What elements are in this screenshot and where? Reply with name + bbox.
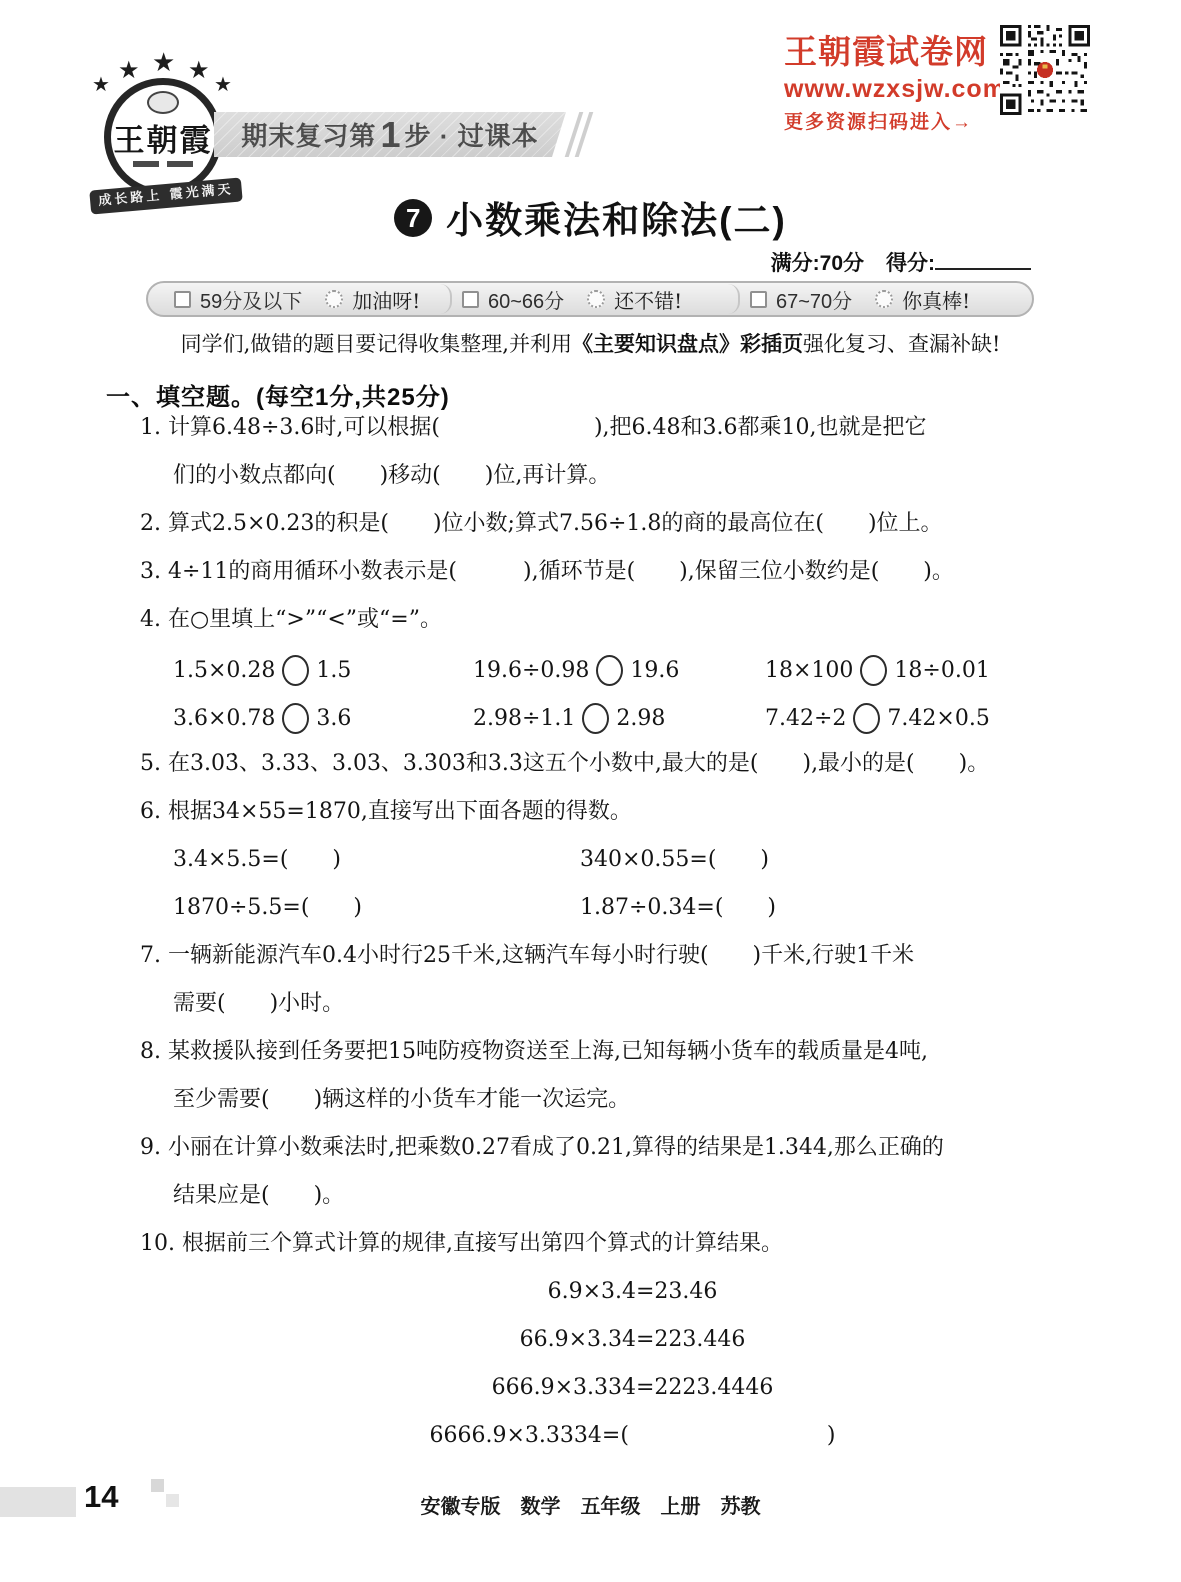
- page-title: 小数乘法和除法(二): [446, 200, 787, 241]
- question-10-head: 10. 根据前三个算式计算的规律,直接写出第四个算式的计算结果。: [140, 1230, 1125, 1258]
- question-8-line-2: 至少需要( )辆这样的小货车才能一次运完。: [140, 1086, 1125, 1114]
- notice-pre: 同学们,做错的题目要记得收集整理,并利用: [181, 332, 572, 356]
- compare-circle-blank: [860, 655, 887, 686]
- question-4-row-1: 1.5×0.281.5 19.6÷0.9819.6 18×10018÷0.01: [140, 654, 1125, 687]
- notice-post: 强化复习、查漏补缺!: [803, 332, 1000, 356]
- compare-circle-blank: [282, 703, 309, 734]
- question-4-head: 4. 在○里填上“>”“<”或“=”。: [140, 606, 1125, 634]
- brand-site-name: 王朝霞试卷网: [784, 26, 996, 73]
- equation-1: 6.9×3.4=23.46: [140, 1278, 1125, 1306]
- compare-item: 1.5×0.281.5: [173, 655, 473, 686]
- question-1-line-2: 们的小数点都向( )移动( )位,再计算。: [140, 462, 1125, 490]
- star-icon: ★: [118, 58, 140, 82]
- score-band-pill: 59分及以下 加油呀! 60~66分 还不错! 67~70分 你真棒!: [146, 281, 1034, 317]
- question-6-row-1: 3.4×5.5=( ) 340×0.55=( ): [140, 846, 1125, 874]
- question-6-row-2: 1870÷5.5=( ) 1.87÷0.34=( ): [140, 894, 1125, 922]
- compare-left: 1.5×0.28: [173, 658, 275, 683]
- compare-item: 19.6÷0.9819.6: [473, 655, 765, 686]
- score-row: 满分:70分得分:: [771, 247, 1031, 277]
- question-7-line-2: 需要( )小时。: [140, 990, 1125, 1018]
- score-label: 得分:: [886, 252, 935, 275]
- divider: [440, 284, 452, 314]
- compare-circle-blank: [282, 655, 309, 686]
- checkbox-low[interactable]: [174, 291, 191, 308]
- header-band: 期末复习第 1 步 · 过课本: [214, 112, 566, 157]
- expression: 340×0.55=( ): [580, 846, 769, 874]
- question-7-line-1: 7. 一辆新能源汽车0.4小时行25千米,这辆汽车每小时行驶( )千米,行驶1千…: [140, 942, 1125, 970]
- checkbox-mid[interactable]: [462, 291, 479, 308]
- praise-label: 你真棒!: [902, 285, 970, 314]
- question-5: 5. 在3.03̇、3.33、3.03、3.3̇03̇和3.3̇这五个小数中,最…: [140, 750, 1125, 778]
- compare-left: 3.6×0.78: [173, 706, 275, 731]
- brand-tagline: 更多资源扫码进入→: [784, 107, 996, 134]
- question-4-row-2: 3.6×0.783.6 2.98÷1.12.98 7.42÷27.42×0.5: [140, 702, 1125, 735]
- expression: 3.4×5.5=( ): [173, 846, 580, 874]
- brand-block: 王朝霞试卷网 www.wzxsjw.com 更多资源扫码进入→: [784, 26, 996, 134]
- equation-2: 66.9×3.34=223.446: [140, 1326, 1125, 1354]
- question-3: 3. 4÷11的商用循环小数表示是( ),循环节是( ),保留三位小数约是( )…: [140, 558, 1125, 586]
- band-step-number: 1: [380, 117, 400, 153]
- star-icon: ★: [188, 58, 210, 82]
- unit-number-badge: 7: [394, 199, 432, 237]
- compare-circle-blank: [582, 703, 609, 734]
- compare-item: 3.6×0.783.6: [173, 703, 473, 734]
- expression: 1.87÷0.34=( ): [580, 894, 776, 922]
- equation-4: 6666.9×3.3334=( ): [140, 1422, 1125, 1450]
- expression: 1870÷5.5=( ): [173, 894, 580, 922]
- brand-site-url: www.wzxsjw.com: [784, 75, 996, 104]
- question-2: 2. 算式2.5×0.23的积是( )位小数;算式7.56÷1.8的商的最高位在…: [140, 510, 1125, 538]
- compare-left: 2.98÷1.1: [473, 706, 575, 731]
- notice-line: 同学们,做错的题目要记得收集整理,并利用《主要知识盘点》彩插页强化复习、查漏补缺…: [0, 328, 1181, 358]
- compare-circle-blank: [596, 655, 623, 686]
- smiley-icon: [587, 290, 605, 308]
- question-8-line-1: 8. 某救援队接到任务要把15吨防疫物资送至上海,已知每辆小货车的载质量是4吨,: [140, 1038, 1125, 1066]
- compare-right: 18÷0.01: [894, 658, 989, 683]
- question-6-head: 6. 根据34×55=1870,直接写出下面各题的得数。: [140, 798, 1125, 826]
- score-band-mid: 60~66分 还不错!: [462, 285, 718, 314]
- section-heading: 一、填空题。(每空1分,共25分): [106, 377, 450, 412]
- portrait-icon: [147, 91, 179, 114]
- equation-3: 666.9×3.334=2223.4446: [140, 1374, 1125, 1402]
- smiley-icon: [875, 290, 893, 308]
- score-band-low: 59分及以下 加油呀!: [174, 285, 430, 314]
- compare-item: 7.42÷27.42×0.5: [765, 703, 990, 734]
- question-9-line-1: 9. 小丽在计算小数乘法时,把乘数0.27看成了0.21,算得的结果是1.344…: [140, 1134, 1125, 1162]
- praise-label: 加油呀!: [352, 285, 420, 314]
- question-1-line-1: 1. 计算6.48÷3.6时,可以根据( ),把6.48和3.6都乘10,也就是…: [140, 414, 1125, 442]
- range-label: 59分及以下: [200, 285, 302, 314]
- question-9-line-2: 结果应是( )。: [140, 1182, 1125, 1210]
- qr-code-icon: [1000, 25, 1090, 115]
- compare-right: 3.6: [316, 706, 351, 731]
- compare-left: 7.42÷2: [765, 706, 846, 731]
- band-text: 期末复习第: [241, 116, 376, 153]
- compare-right: 1.5: [316, 658, 351, 683]
- full-score-label: 满分:70分: [771, 252, 864, 275]
- praise-label: 还不错!: [614, 285, 682, 314]
- range-label: 67~70分: [776, 285, 852, 314]
- compare-right: 19.6: [630, 658, 679, 683]
- compare-right: 2.98: [616, 706, 665, 731]
- range-label: 60~66分: [488, 285, 564, 314]
- notice-bold: 《主要知识盘点》彩插页: [572, 331, 803, 356]
- logo-ring: 王朝霞: [104, 78, 222, 196]
- compare-left: 19.6÷0.98: [473, 658, 589, 683]
- smiley-icon: [325, 290, 343, 308]
- edition-label: 安徽专版 数学 五年级 上册 苏教: [0, 1490, 1181, 1519]
- compare-circle-blank: [853, 703, 880, 734]
- score-band-high: 67~70分 你真棒!: [750, 285, 1006, 314]
- logo-name: 王朝霞: [111, 115, 215, 160]
- star-icon: ★: [92, 74, 110, 94]
- star-icon: ★: [214, 74, 232, 94]
- divider: [728, 284, 740, 314]
- logo-subtext-decoration: [111, 161, 215, 167]
- compare-item: 2.98÷1.12.98: [473, 703, 765, 734]
- compare-right: 7.42×0.5: [887, 706, 989, 731]
- paper-title-row: 7小数乘法和除法(二): [0, 190, 1181, 244]
- compare-item: 18×10018÷0.01: [765, 655, 990, 686]
- question-list: 1. 计算6.48÷3.6时,可以根据( ),把6.48和3.6都乘10,也就是…: [140, 414, 1125, 1470]
- band-text: 步 · 过课本: [404, 116, 538, 153]
- checkbox-high[interactable]: [750, 291, 767, 308]
- compare-left: 18×100: [765, 658, 853, 683]
- exam-page: 王朝霞试卷网 www.wzxsjw.com 更多资源扫码进入→: [0, 0, 1181, 1582]
- star-icon: ★: [152, 50, 175, 76]
- score-blank-line: [935, 256, 1031, 270]
